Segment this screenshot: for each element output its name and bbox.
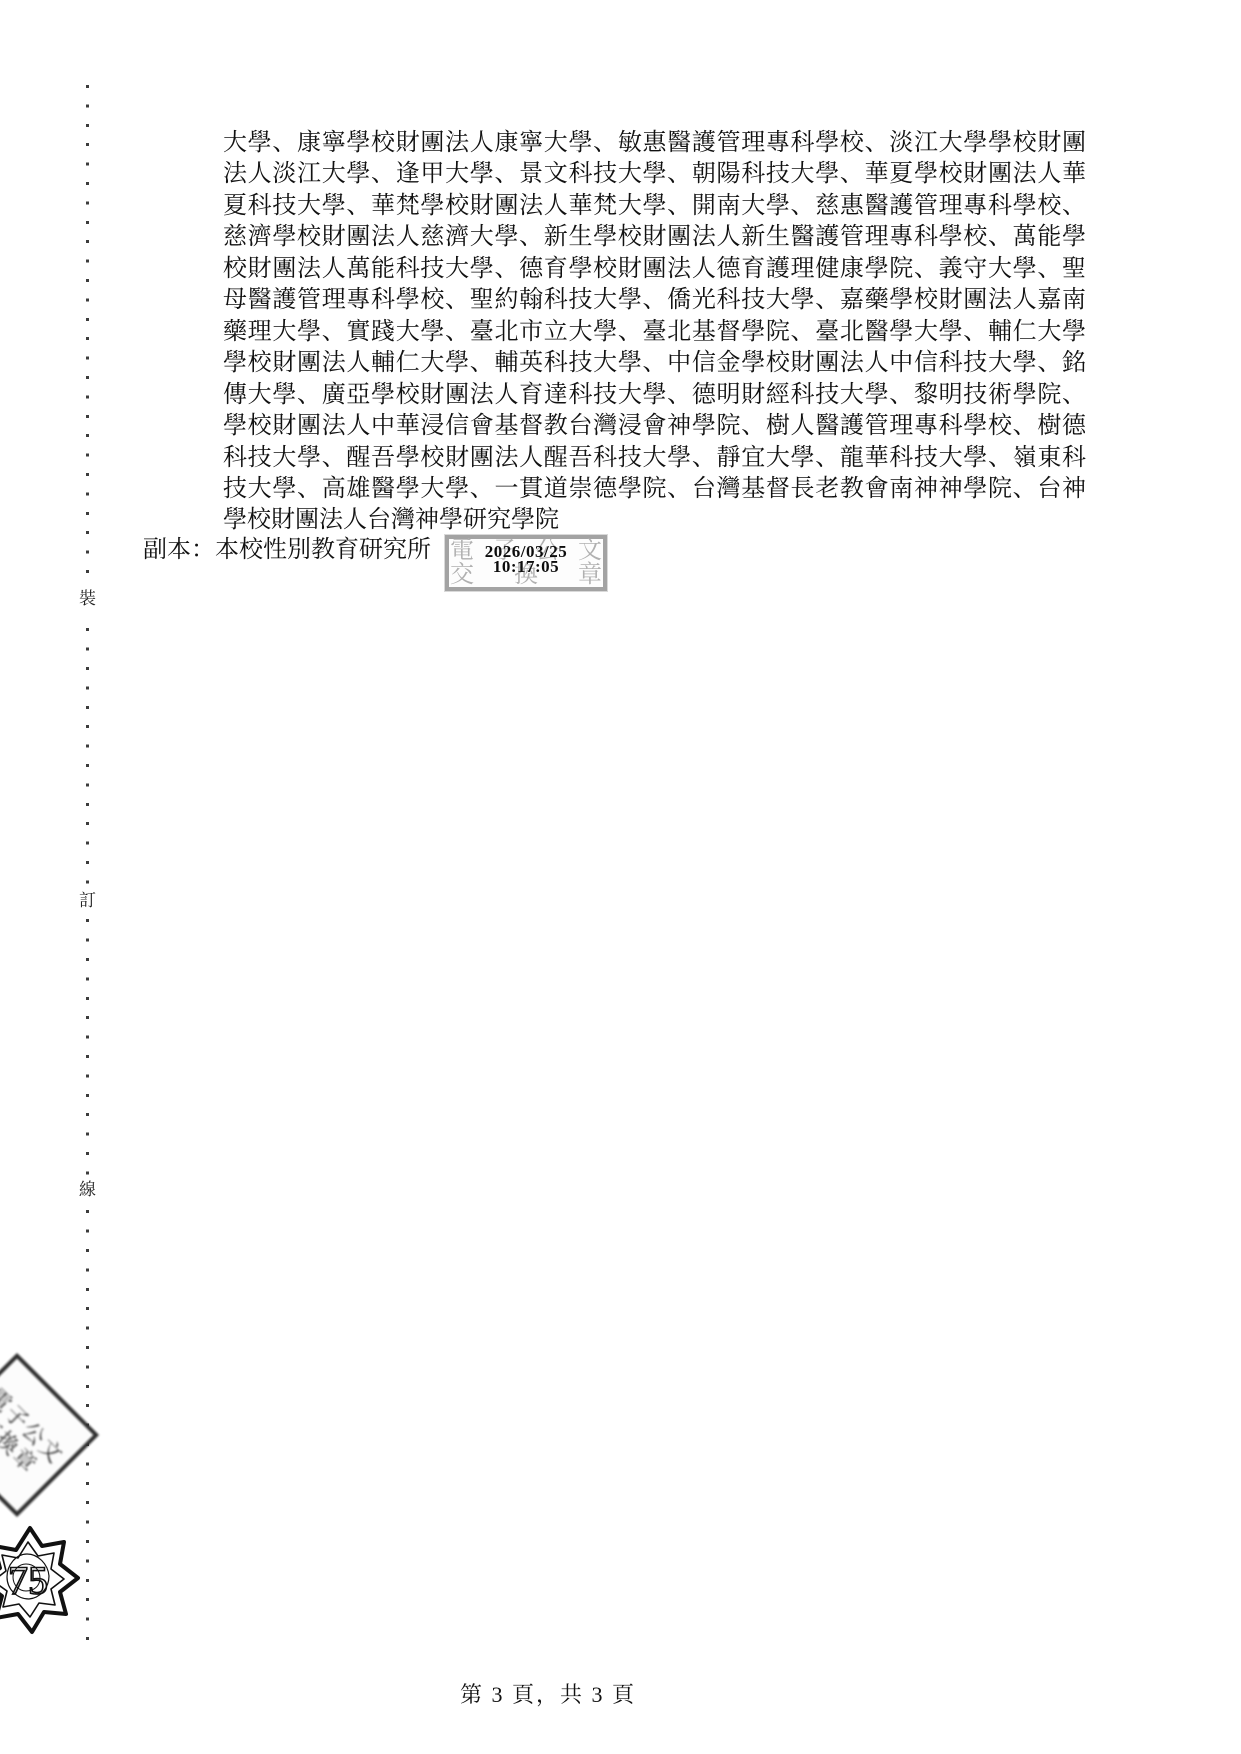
binding-mark-zhuang: 裝 (78, 585, 97, 613)
page-number-footer: 第 3 頁，共 3 頁 (460, 1683, 636, 1707)
stamp-time: 10:17:05 (449, 559, 603, 574)
flower-seal-stamp: 75 (0, 1520, 86, 1650)
body-line: 科技大學、醒吾學校財團法人醒吾科技大學、靜宜大學、龍華科技大學、嶺東科 (223, 443, 1086, 474)
body-line: 傳大學、廣亞學校財團法人育達科技大學、德明財經科技大學、黎明技術學院、 (223, 380, 1086, 411)
body-line: 學校財團法人台灣神學研究學院 (223, 505, 1086, 536)
document-page: 裝 訂 線 大學、康寧學校財團法人康寧大學、敏惠醫護管理專科學校、淡江大學學校財… (0, 0, 1241, 1754)
body-line: 夏科技大學、華梵學校財團法人華梵大學、開南大學、慈惠醫護管理專科學校、 (223, 191, 1086, 222)
recipient-list-paragraph: 大學、康寧學校財團法人康寧大學、敏惠醫護管理專科學校、淡江大學學校財團 法人淡江… (223, 128, 1086, 537)
body-line: 藥理大學、實踐大學、臺北市立大學、臺北基督學院、臺北醫學大學、輔仁大學 (223, 317, 1086, 348)
body-line: 校財團法人萬能科技大學、德育學校財團法人德育護理健康學院、義守大學、聖 (223, 254, 1086, 285)
body-line: 學校財團法人中華浸信會基督教台灣浸會神學院、樹人醫護管理專科學校、樹德 (223, 411, 1086, 442)
binding-dotted-line: 裝 訂 線 (86, 85, 89, 1645)
binding-mark-ding: 訂 (78, 887, 97, 915)
body-line: 大學、康寧學校財團法人康寧大學、敏惠醫護管理專科學校、淡江大學學校財團 (223, 128, 1086, 159)
flower-stamp-number: 75 (8, 1558, 48, 1603)
electronic-exchange-stamp: 電子公文 交換章 2026/03/25 10:17:05 (445, 535, 607, 591)
body-line: 學校財團法人輔仁大學、輔英科技大學、中信金學校財團法人中信科技大學、銘 (223, 348, 1086, 379)
body-line: 母醫護管理專科學校、聖約翰科技大學、僑光科技大學、嘉藥學校財團法人嘉南 (223, 285, 1086, 316)
body-line: 慈濟學校財團法人慈濟大學、新生學校財團法人新生醫護管理專科學校、萬能學 (223, 222, 1086, 253)
stamp-datetime: 2026/03/25 10:17:05 (449, 544, 603, 574)
binding-mark-xian: 線 (78, 1176, 97, 1204)
copy-to-line: 副本：本校性別教育研究所 (143, 537, 431, 563)
body-line: 法人淡江大學、逢甲大學、景文科技大學、朝陽科技大學、華夏學校財團法人華 (223, 159, 1086, 190)
body-line: 技大學、高雄醫學大學、一貫道崇德學院、台灣基督長老教會南神神學院、台神 (223, 474, 1086, 505)
diamond-exchange-stamp: 電子公文 交換章 (0, 1353, 99, 1517)
